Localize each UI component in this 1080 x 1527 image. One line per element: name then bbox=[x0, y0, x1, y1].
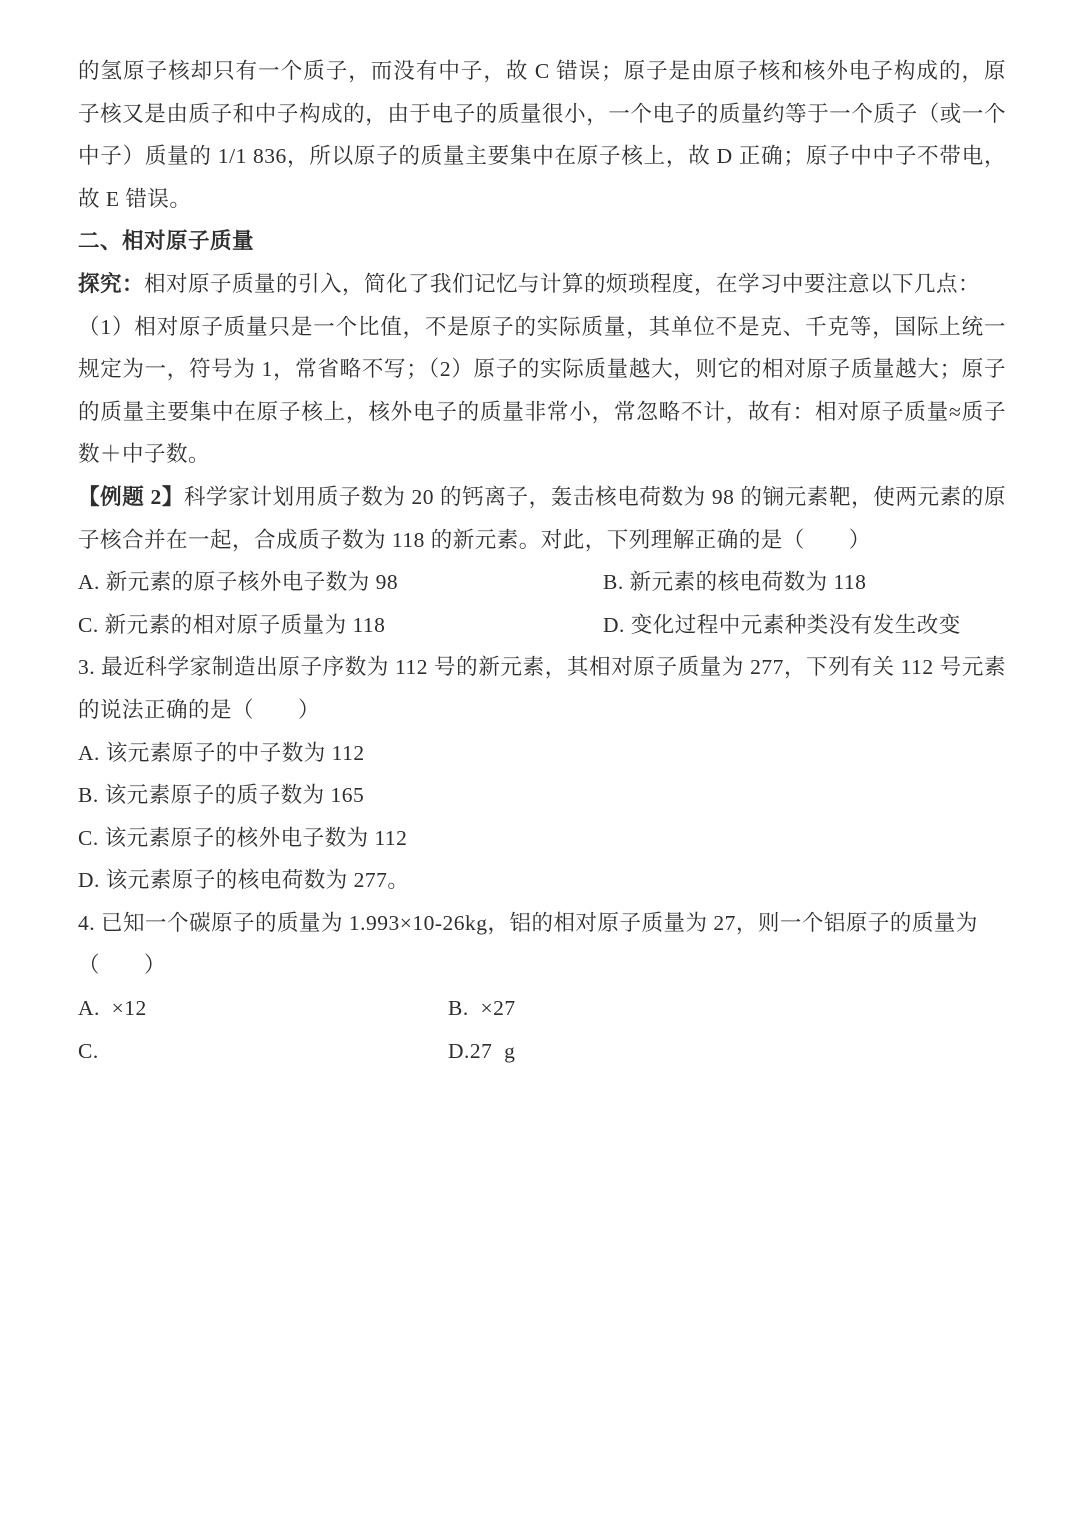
question4-options-row-ab: A. ×12 B. ×27 bbox=[78, 987, 1006, 1030]
question4-stem: 4. 已知一个碳原子的质量为 1.993×10-26kg，铝的相对原子质量为 2… bbox=[78, 902, 1006, 945]
question4-option-a: A. ×12 bbox=[78, 987, 448, 1030]
question3-option-d: D. 该元素原子的核电荷数为 277。 bbox=[78, 859, 1006, 902]
example2-option-d: D. 变化过程中元素种类没有发生改变 bbox=[603, 604, 961, 647]
question4-option-d: D.27 g bbox=[448, 1030, 515, 1073]
example2-label: 【例题 2】 bbox=[78, 485, 184, 509]
paragraph-key-points: （1）相对原子质量只是一个比值，不是原子的实际质量，其单位不是克、千克等，国际上… bbox=[78, 306, 1006, 476]
question3-option-b: B. 该元素原子的质子数为 165 bbox=[78, 774, 1006, 817]
section-heading: 二、相对原子质量 bbox=[78, 220, 1006, 263]
question3-stem: 3. 最近科学家制造出原子序数为 112 号的新元素，其相对原子质量为 277，… bbox=[78, 646, 1006, 731]
paragraph-explore: 探究：相对原子质量的引入，简化了我们记忆与计算的烦琐程度，在学习中要注意以下几点… bbox=[78, 263, 1006, 306]
worksheet-page: 的氢原子核却只有一个质子，而没有中子，故 C 错误；原子是由原子核和核外电子构成… bbox=[0, 0, 1080, 1527]
paragraph-answer-analysis: 的氢原子核却只有一个质子，而没有中子，故 C 错误；原子是由原子核和核外电子构成… bbox=[78, 50, 1006, 220]
question4-options-row-cd: C. D.27 g bbox=[78, 1030, 1006, 1073]
example2-stem: 【例题 2】科学家计划用质子数为 20 的钙离子，轰击核电荷数为 98 的锎元素… bbox=[78, 476, 1006, 561]
example2-options-row-ab: A. 新元素的原子核外电子数为 98 B. 新元素的核电荷数为 118 bbox=[78, 561, 1006, 604]
question4-option-c: C. bbox=[78, 1030, 448, 1073]
question3-option-a: A. 该元素原子的中子数为 112 bbox=[78, 732, 1006, 775]
question3-option-c: C. 该元素原子的核外电子数为 112 bbox=[78, 817, 1006, 860]
explore-label: 探究： bbox=[78, 272, 144, 296]
document-content: 的氢原子核却只有一个质子，而没有中子，故 C 错误；原子是由原子核和核外电子构成… bbox=[78, 50, 1006, 1072]
question4-option-b: B. ×27 bbox=[448, 987, 516, 1030]
example2-option-b: B. 新元素的核电荷数为 118 bbox=[603, 561, 866, 604]
example2-options-row-cd: C. 新元素的相对原子质量为 118 D. 变化过程中元素种类没有发生改变 bbox=[78, 604, 1006, 647]
question4-bracket: （ ） bbox=[78, 944, 1006, 987]
example2-option-a: A. 新元素的原子核外电子数为 98 bbox=[78, 561, 603, 604]
example2-stem-text: 科学家计划用质子数为 20 的钙离子，轰击核电荷数为 98 的锎元素靶，使两元素… bbox=[78, 485, 1006, 552]
example2-option-c: C. 新元素的相对原子质量为 118 bbox=[78, 604, 603, 647]
explore-text: 相对原子质量的引入，简化了我们记忆与计算的烦琐程度，在学习中要注意以下几点： bbox=[144, 272, 980, 296]
